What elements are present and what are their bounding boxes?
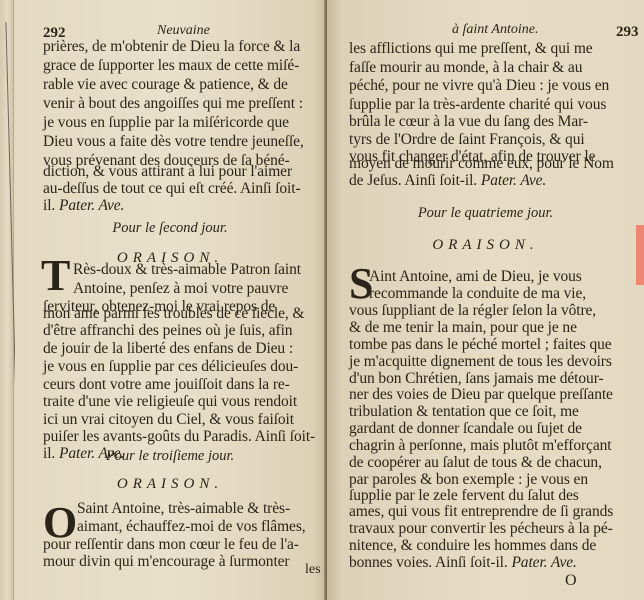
text-line: ner des voies de Dieu par quelque preſſa…: [349, 386, 613, 403]
section-heading-second-day: Pour le ſecond jour.: [15, 220, 325, 237]
pater-ave: Pater. Ave.: [511, 554, 576, 571]
closing-line: il. Pater. Ave.: [43, 197, 124, 214]
right-page: à ſaint Antoine. 293 les afflictions qui…: [327, 0, 644, 600]
text-line: venir à bout des angoiſſes qui me preſſe…: [43, 95, 319, 112]
text-line: prières, de m'obtenir de Dieu la force &…: [43, 38, 319, 55]
closing-text: il.: [43, 197, 55, 214]
running-head: à ſaint Antoine.: [452, 22, 538, 38]
closing-line: bonnes voies. Ainſi ſoit-il. Pater. Ave.: [349, 554, 577, 571]
text-line: d'un bon Chrétien, ſans jamais me détour…: [349, 370, 604, 387]
text-line: grace de ſupporter les maux de cette miſ…: [43, 57, 319, 74]
oraison-title: ORAISON.: [327, 237, 644, 254]
text-line: faſſe mourir au monde, à la chair & au: [349, 59, 582, 76]
text-line: nitence, & conduire les hommes dans de: [349, 537, 596, 554]
text-line: moyen de mourir comme eux, pour le Nom: [349, 155, 614, 172]
text-line: mour divin qui m'encourage à ſurmonter: [43, 553, 290, 570]
closing-line: de Jeſus. Ainſi ſoit-il. Pater. Ave.: [349, 172, 546, 189]
text-line: diction, & vous attirant à lui pour l'ai…: [43, 163, 319, 180]
left-page: 292 Neuvaine prières, de m'obtenir de Di…: [15, 0, 325, 600]
text-line: de jouir de la liberté des enfans de Die…: [43, 340, 293, 357]
text-line: je m'acquitte dignement de tous les devo…: [349, 353, 612, 370]
drop-cap: T: [41, 256, 70, 296]
text-line: tyrs de l'Ordre de ſaint François, & qui: [349, 131, 585, 148]
text-line: vous ſuppliant de la régler ſelon la vôt…: [349, 302, 596, 319]
pater-ave: Pater. Ave.: [59, 197, 124, 214]
text-line: tribulation & tentation que ce ſoit, me: [349, 403, 579, 420]
section-heading-fourth-day: Pour le quatrieme jour.: [327, 205, 644, 222]
text-line: ſupplie par la très-ardente charité qui …: [349, 96, 606, 113]
text-line: Saint Antoine, très-aimable & très-: [77, 500, 290, 517]
text-line: au-deſſus de tout ce qui eſt créé. Ainſi…: [43, 180, 319, 197]
book-spread: 292 Neuvaine prières, de m'obtenir de Di…: [0, 0, 644, 600]
closing-text: bonnes voies. Ainſi ſoit-il.: [349, 554, 508, 571]
text-line: gardant de donner ſcandale ou ſujet de: [349, 420, 582, 437]
text-line: d'être affranchi des peines où je ſuis, …: [43, 322, 292, 339]
text-line: ici un vrai citoyen du Ciel, & vous faiſ…: [43, 411, 294, 428]
text-line: les afflictions qui me preſſent, & qui m…: [349, 40, 593, 57]
section-heading-third-day: Pour le troiſieme jour.: [15, 448, 325, 465]
text-line: de coopérer au ſalut de tous & de chacun…: [349, 454, 602, 471]
text-line: Rès-doux & très-aimable Patron ſaint: [73, 261, 301, 278]
catchword: les: [305, 562, 321, 578]
text-line: Antoine, penſez à moi votre pauvre: [73, 280, 288, 297]
catchword: O: [565, 572, 577, 590]
text-line: mon ame parmi les troubles de ce ſiecle,…: [43, 305, 304, 322]
text-line: recommande la conduite de ma vie,: [369, 285, 586, 302]
text-line: chagrin à perſonne, mais plutôt m'efforç…: [349, 437, 611, 454]
text-line: traite d'une vie religieuſe qui vous ren…: [43, 393, 297, 410]
text-line: aimant, échauffez-moi de vos flâmes,: [77, 518, 306, 535]
oraison-title: ORAISON.: [15, 476, 325, 493]
text-line: pour reſſentir dans mon cœur le feu de l…: [43, 536, 299, 553]
text-line: je vous en ſupplie par la miſéricorde qu…: [43, 114, 319, 131]
text-line: Dieu vous a faite dès votre tendre jeune…: [43, 133, 319, 150]
running-head: Neuvaine: [157, 23, 210, 39]
text-line: & de me tenir la main, pour que je ne: [349, 319, 577, 336]
text-line: brûla le cœur à la vue du ſang des Mar-: [349, 113, 588, 130]
text-line: par paroles & bon exemple : je vous en: [349, 471, 588, 488]
text-line: ceurs dont votre ame jouiſſoit dans la r…: [43, 376, 290, 393]
text-line: péché, pour ne vivre qu'à Dieu : je vous…: [349, 77, 609, 94]
red-bookmark-edge: [636, 225, 644, 285]
text-line: rable vie avec courage & patience, & de: [43, 76, 319, 93]
text-line: Aint Antoine, ami de Dieu, je vous: [369, 268, 582, 285]
page-number: 293: [616, 24, 639, 41]
text-line: ſupplie par le zele fervent du ſalut des: [349, 487, 579, 504]
pater-ave: Pater. Ave.: [481, 172, 546, 189]
text-line: puiſer les avants-goûts du Paradis. Ainſ…: [43, 428, 315, 445]
text-line: ames, qui vous fit entreprendre de ſi gr…: [349, 503, 613, 520]
closing-text: de Jeſus. Ainſi ſoit-il.: [349, 172, 477, 189]
text-line: je vous en ſupplie par ces délicieuſes d…: [43, 358, 298, 375]
text-line: travaux pour convertir les pécheurs à la…: [349, 520, 613, 537]
text-line: tombe pas dans le péché mortel ; faites …: [349, 336, 612, 353]
